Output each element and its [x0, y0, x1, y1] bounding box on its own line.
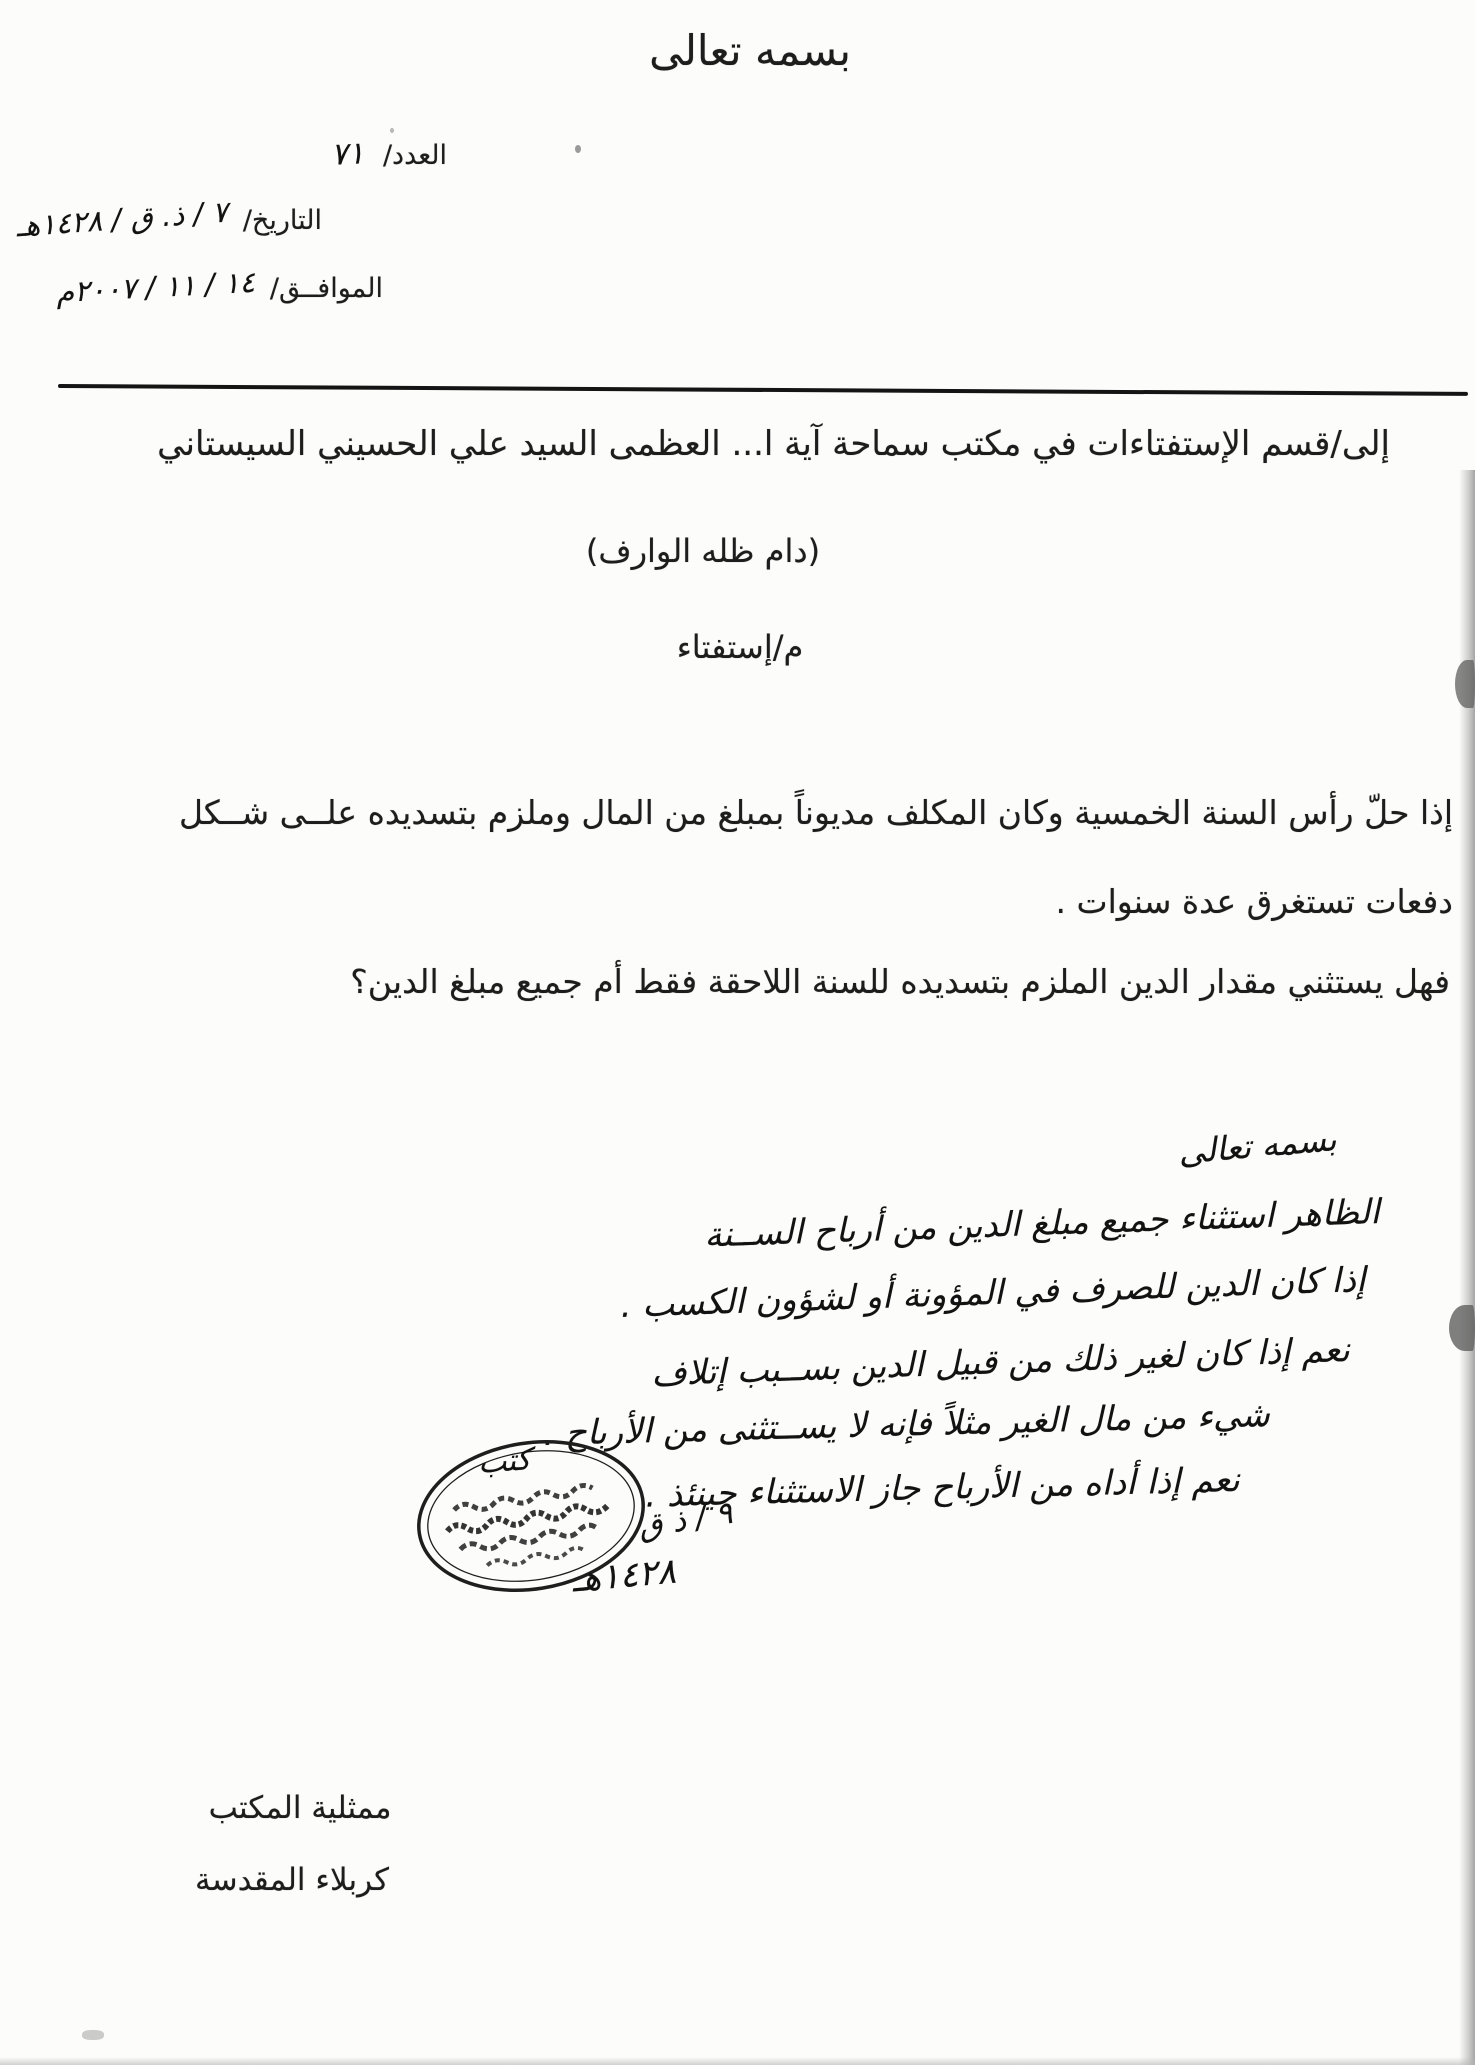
recipient-line: إلى/قسم الإستفتاءات في مكتب سماحة آية ا.… — [157, 424, 1390, 464]
ref-corresponding-label: الموافــق/ — [270, 273, 383, 304]
subject-line: م/إستفتاء — [590, 628, 890, 666]
ref-number-line: العدد/ ٧١ — [225, 136, 447, 172]
ref-corresponding-value: ١٤ / ١١ / ٢٠٠٧م — [55, 265, 256, 309]
scan-edge-smudge-lower — [1449, 1305, 1475, 1351]
divider-rule — [58, 384, 1468, 396]
answer-date-year: ١٤٢٨هـ — [570, 1552, 677, 1601]
ref-date-line: التاريخ/ ٧ / ذ. ق / ١٤٢٨هـ — [14, 202, 322, 236]
answer-line-4: شيء من مال الغير مثلاً فإنه لا يســتثنى … — [543, 1395, 1271, 1454]
ref-number-label: العدد/ — [383, 140, 447, 171]
answer-line-1: الظاهر استثناء جميع مبلغ الدين من أرباح … — [704, 1192, 1381, 1256]
blessing-line: (دام ظله الوارف) — [553, 532, 853, 570]
scan-right-edge-artifact — [1459, 470, 1475, 2065]
answer-line-2: إذا كان الدين للصرف في المؤونة أو لشؤون … — [619, 1260, 1365, 1326]
scan-speck-2 — [390, 128, 394, 133]
footer-office-line: ممثلية المكتب — [195, 1790, 405, 1826]
scan-bottom-edge-artifact — [0, 2057, 1475, 2065]
scan-speck-bottom-left — [82, 2030, 104, 2040]
scan-edge-smudge-upper — [1455, 660, 1475, 708]
answer-line-5: نعم إذا أداه من الأرباح جاز الاستثناء حي… — [645, 1460, 1240, 1516]
answer-basmala: بسمه تعالى — [1177, 1119, 1338, 1172]
question-line-3: فهل يستثني مقدار الدين الملزم بتسديده لل… — [350, 962, 1450, 1001]
answer-line-3: نعم إذا كان لغير ذلك من قبيل الدين بســب… — [651, 1330, 1351, 1394]
basmala-heading: بسمه تعالى — [550, 26, 950, 75]
footer-city-line: كربلاء المقدسة — [172, 1862, 412, 1898]
ref-date-value: ٧ / ذ. ق / ١٤٢٨هـ — [15, 195, 229, 244]
scanned-letter-page: بسمه تعالى العدد/ ٧١ التاريخ/ ٧ / ذ. ق /… — [0, 0, 1475, 2065]
seal-written-word: كتب — [477, 1442, 532, 1481]
ref-corresponding-line: الموافــق/ ١٤ / ١١ / ٢٠٠٧م — [8, 270, 383, 304]
ref-number-value: ٧١ — [330, 135, 365, 173]
ref-date-label: التاريخ/ — [243, 205, 322, 236]
question-line-2: دفعات تستغرق عدة سنوات . — [1056, 882, 1453, 921]
question-line-1: إذا حلّ رأس السنة الخمسية وكان المكلف مد… — [179, 793, 1453, 832]
scan-speck-1 — [575, 145, 581, 153]
